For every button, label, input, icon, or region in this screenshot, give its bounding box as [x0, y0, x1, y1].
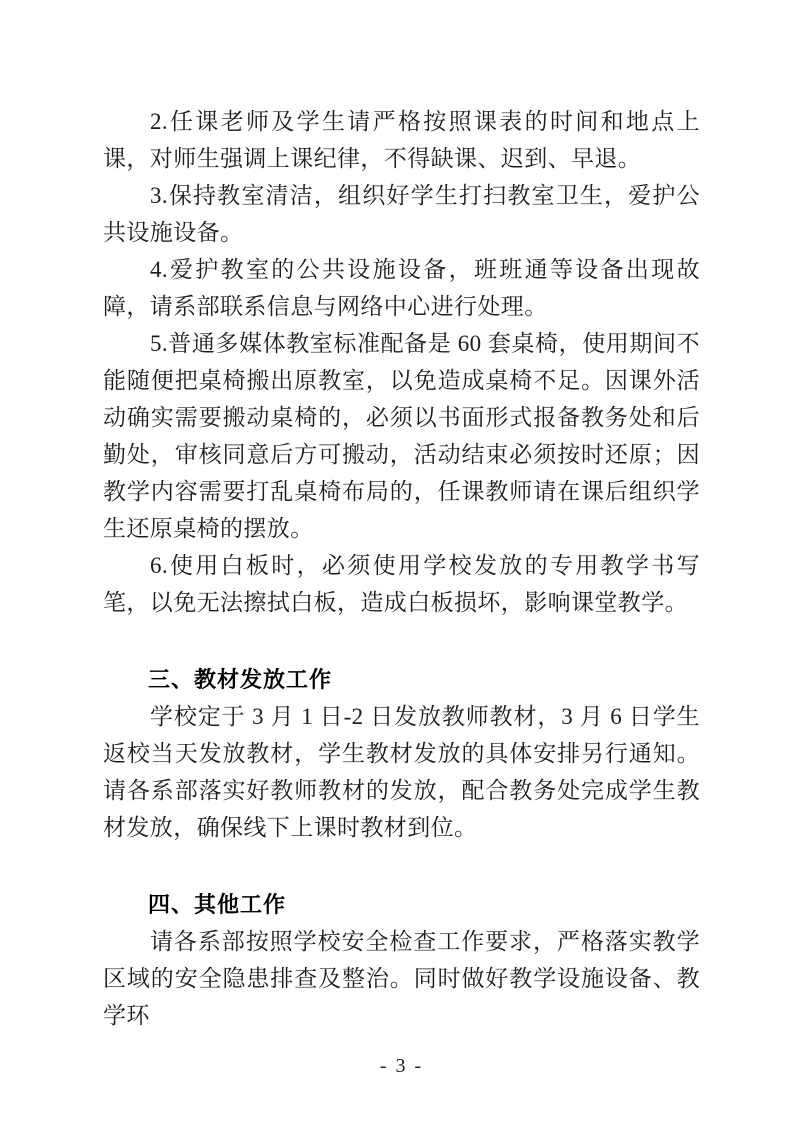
page-content: 2.任课老师及学生请严格按照课表的时间和地点上课，对师生强调上课纪律，不得缺课、… [0, 0, 793, 1085]
document-page: 2.任课老师及学生请严格按照课表的时间和地点上课，对师生强调上课纪律，不得缺课、… [0, 0, 793, 1122]
paragraph-item-2: 2.任课老师及学生请严格按照课表的时间和地点上课，对师生强调上课纪律，不得缺课、… [103, 103, 700, 177]
paragraph-other-work: 请各系部按照学校安全检查工作要求，严格落实教学区域的安全隐患排查及整治。同时做好… [103, 923, 700, 1034]
section-heading-other-work: 四、其他工作 [103, 886, 700, 923]
paragraph-item-4: 4.爱护教室的公共设施设备，班班通等设备出现故障，请系部联系信息与网络中心进行处… [103, 251, 700, 325]
footer-page-number: - 3 - [103, 1048, 700, 1085]
paragraph-item-5: 5.普通多媒体教室标准配备是 60 套桌椅，使用期间不能随便把桌椅搬出原教室，以… [103, 325, 700, 547]
section-heading-textbook-distribution: 三、教材发放工作 [103, 661, 700, 698]
paragraph-textbook-distribution: 学校定于 3 月 1 日-2 日发放教师教材，3 月 6 日学生返校当天发放教材… [103, 698, 700, 846]
paragraph-item-3: 3.保持教室清洁，组织好学生打扫教室卫生，爱护公共设施设备。 [103, 177, 700, 251]
paragraph-item-6: 6.使用白板时，必须使用学校发放的专用教学书写笔，以免无法擦拭白板，造成白板损坏… [103, 547, 700, 621]
